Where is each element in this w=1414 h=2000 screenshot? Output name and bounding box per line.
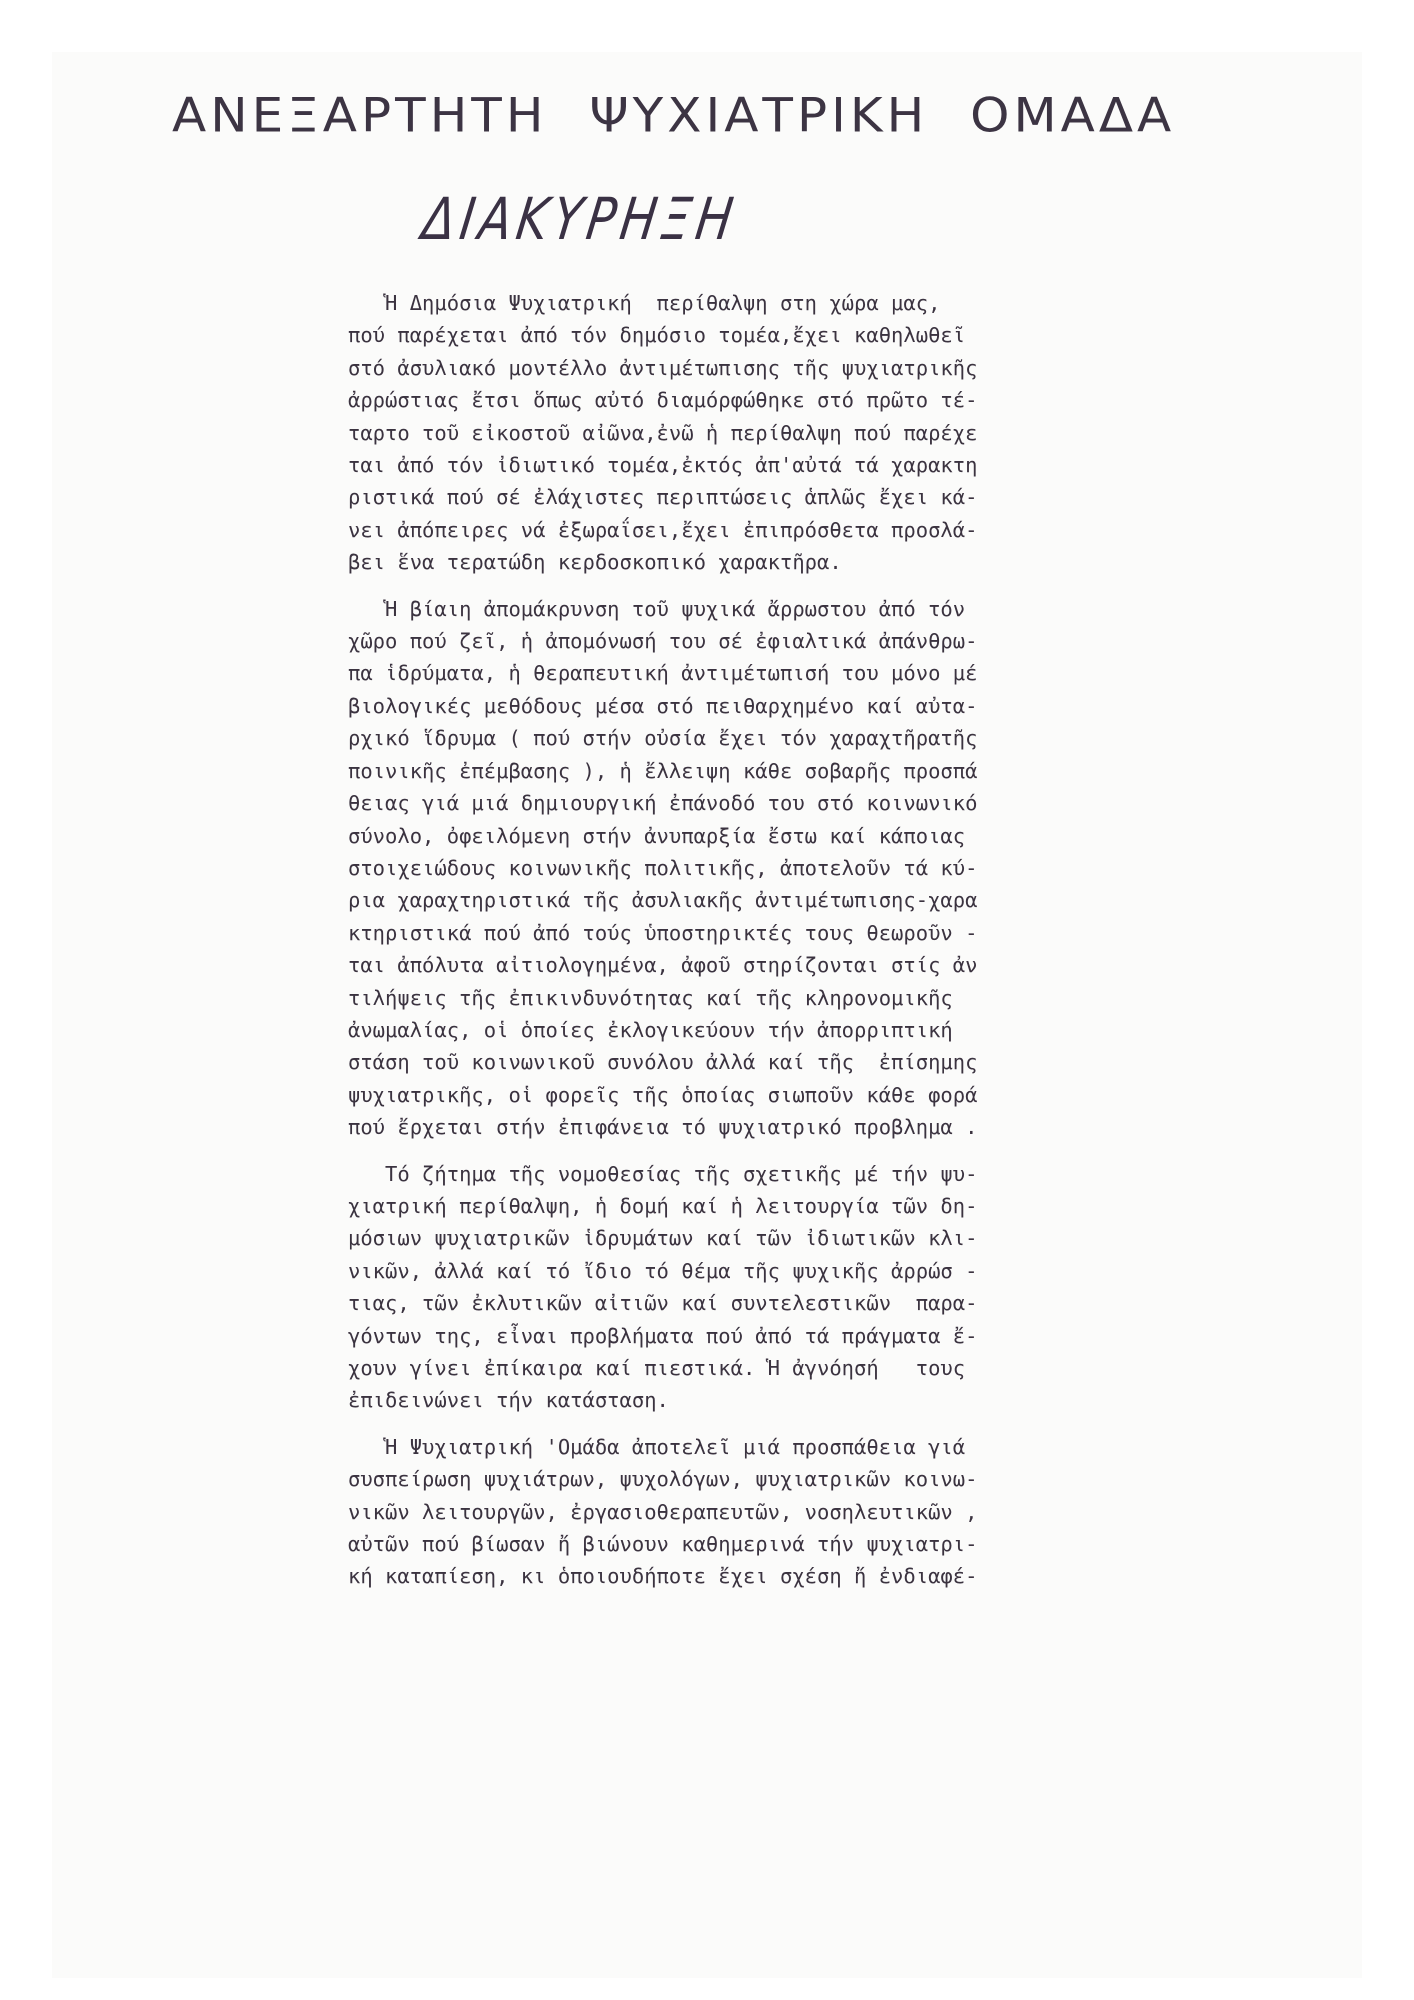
text-line: αὐτῶν πού βίωσαν ἤ βιώνουν καθημερινά τή… <box>348 1528 1228 1560</box>
text-line: πού παρέχεται ἀπό τόν δημόσιο τομέα,ἔχει… <box>348 319 1228 351</box>
text-line: χιατρική περίθαλψη, ἡ δομή καί ἡ λειτουρ… <box>348 1190 1228 1222</box>
text-line: πα ἱδρύματα, ἡ θεραπευτική ἀντιμέτωπισή … <box>348 657 1228 689</box>
text-line: στοιχειώδους κοινωνικῆς πολιτικῆς, ἀποτε… <box>348 852 1228 884</box>
paragraph-group-purpose: Ἡ Ψυχιατρική 'Ομάδα ἀποτελεῖ μιά προσπάθ… <box>348 1431 1228 1593</box>
text-line: γόντων της, εἶναι προβλήματα πού ἀπό τά … <box>348 1320 1228 1352</box>
text-line: ἀνωμαλίας, οἱ ὁποίες ἐκλογικεύουν τήν ἀπ… <box>348 1014 1228 1046</box>
text-line: Τό ζήτημα τῆς νομοθεσίας τῆς σχετικῆς μέ… <box>348 1158 1228 1190</box>
text-line: κή καταπίεση, κι ὁποιουδήποτε ἔχει σχέση… <box>348 1560 1228 1592</box>
text-line: Ἡ βίαιη ἀπομάκρυνση τοῦ ψυχικά ἄρρωστου … <box>348 593 1228 625</box>
text-line: ψυχιατρικῆς, οἱ φορεῖς τῆς ὁποίας σιωποῦ… <box>348 1079 1228 1111</box>
text-line: σύνολο, ὀφειλόμενη στήν ἀνυπαρξία ἔστω κ… <box>348 820 1228 852</box>
text-line: Ἡ Ψυχιατρική 'Ομάδα ἀποτελεῖ μιά προσπάθ… <box>348 1431 1228 1463</box>
paragraph-legislation-issue: Τό ζήτημα τῆς νομοθεσίας τῆς σχετικῆς μέ… <box>348 1158 1228 1417</box>
text-line: χῶρο πού ζεῖ, ἡ ἀπομόνωσή του σέ ἐφιαλτι… <box>348 625 1228 657</box>
text-line: νικῶν, ἀλλά καί τό ἴδιο τό θέμα τῆς ψυχι… <box>348 1255 1228 1287</box>
text-line: μόσιων ψυχιατρικῶν ἱδρυμάτων καί τῶν ἰδι… <box>348 1222 1228 1254</box>
declaration-body: Ἡ Δημόσια Ψυχιατρική περίθαλψη στη χώρα … <box>348 287 1228 1593</box>
text-line: ται ἀπόλυτα αἰτιολογημένα, ἀφοῦ στηρίζον… <box>348 949 1228 981</box>
text-line: ται ἀπό τόν ἰδιωτικό τομέα,ἐκτός ἀπ'αὐτά… <box>348 449 1228 481</box>
text-line: ταρτο τοῦ εἰκοστοῦ αἰῶνα,ἐνῶ ἡ περίθαλψη… <box>348 417 1228 449</box>
text-line: στό ἀσυλιακό μοντέλλο ἀντιμέτωπισης τῆς … <box>348 352 1228 384</box>
text-line: συσπείρωση ψυχιάτρων, ψυχολόγων, ψυχιατρ… <box>348 1463 1228 1495</box>
text-line: ρχικό ἵδρυμα ( πού στήν οὐσία ἔχει τόν χ… <box>348 722 1228 754</box>
text-line: κτηριστικά πού ἀπό τούς ὑποστηρικτές του… <box>348 917 1228 949</box>
text-line: ριστικά πού σέ ἐλάχιστες περιπτώσεις ἁπλ… <box>348 481 1228 513</box>
text-line: ἐπιδεινώνει τήν κατάσταση. <box>348 1384 1228 1416</box>
text-line: ρια χαραχτηριστικά τῆς ἀσυλιακῆς ἀντιμέτ… <box>348 884 1228 916</box>
text-line: πού ἔρχεται στήν ἐπιφάνεια τό ψυχιατρικό… <box>348 1111 1228 1143</box>
text-line: χουν γίνει ἐπίκαιρα καί πιεστικά. Ἡ ἀγνό… <box>348 1352 1228 1384</box>
text-line: τιας, τῶν ἐκλυτικῶν αἰτιῶν καί συντελεστ… <box>348 1287 1228 1319</box>
text-line: ἀρρώστιας ἔτσι ὅπως αὐτό διαμόρφώθηκε στ… <box>348 384 1228 416</box>
text-line: στάση τοῦ κοινωνικοῦ συνόλου ἀλλά καί τῆ… <box>348 1046 1228 1078</box>
text-line: νει ἀπόπειρες νά ἐξωραΐσει,ἔχει ἐπιπρόσθ… <box>348 514 1228 546</box>
text-line: βιολογικές μεθόδους μέσα στό πειθαρχημέν… <box>348 690 1228 722</box>
text-line: θειας γιά μιά δημιουργική ἐπάνοδό του στ… <box>348 787 1228 819</box>
text-line: Ἡ Δημόσια Ψυχιατρική περίθαλψη στη χώρα … <box>348 287 1228 319</box>
text-line: τιλήψεις τῆς ἐπικινδυνότητας καί τῆς κλη… <box>348 982 1228 1014</box>
text-line: βει ἕνα τερατώδη κερδοσκοπικό χαρακτῆρα. <box>348 546 1228 578</box>
document-heading: ΔΙΑΚΥΡΗΞΗ <box>418 185 741 253</box>
paragraph-public-psychiatric-care: Ἡ Δημόσια Ψυχιατρική περίθαλψη στη χώρα … <box>348 287 1228 579</box>
organization-title: ΑΝΕΞΑΡΤΗΤΗ ΨΥΧΙΑΤΡΙΚΗ ΟΜΑΔΑ <box>172 88 1252 143</box>
text-line: νικῶν λειτουργῶν, ἐργασιοθεραπευτῶν, νοσ… <box>348 1496 1228 1528</box>
paragraph-asylum-treatment: Ἡ βίαιη ἀπομάκρυνση τοῦ ψυχικά ἄρρωστου … <box>348 593 1228 1144</box>
text-line: ποινικῆς ἐπέμβασης ), ἡ ἔλλειψη κάθε σοβ… <box>348 755 1228 787</box>
